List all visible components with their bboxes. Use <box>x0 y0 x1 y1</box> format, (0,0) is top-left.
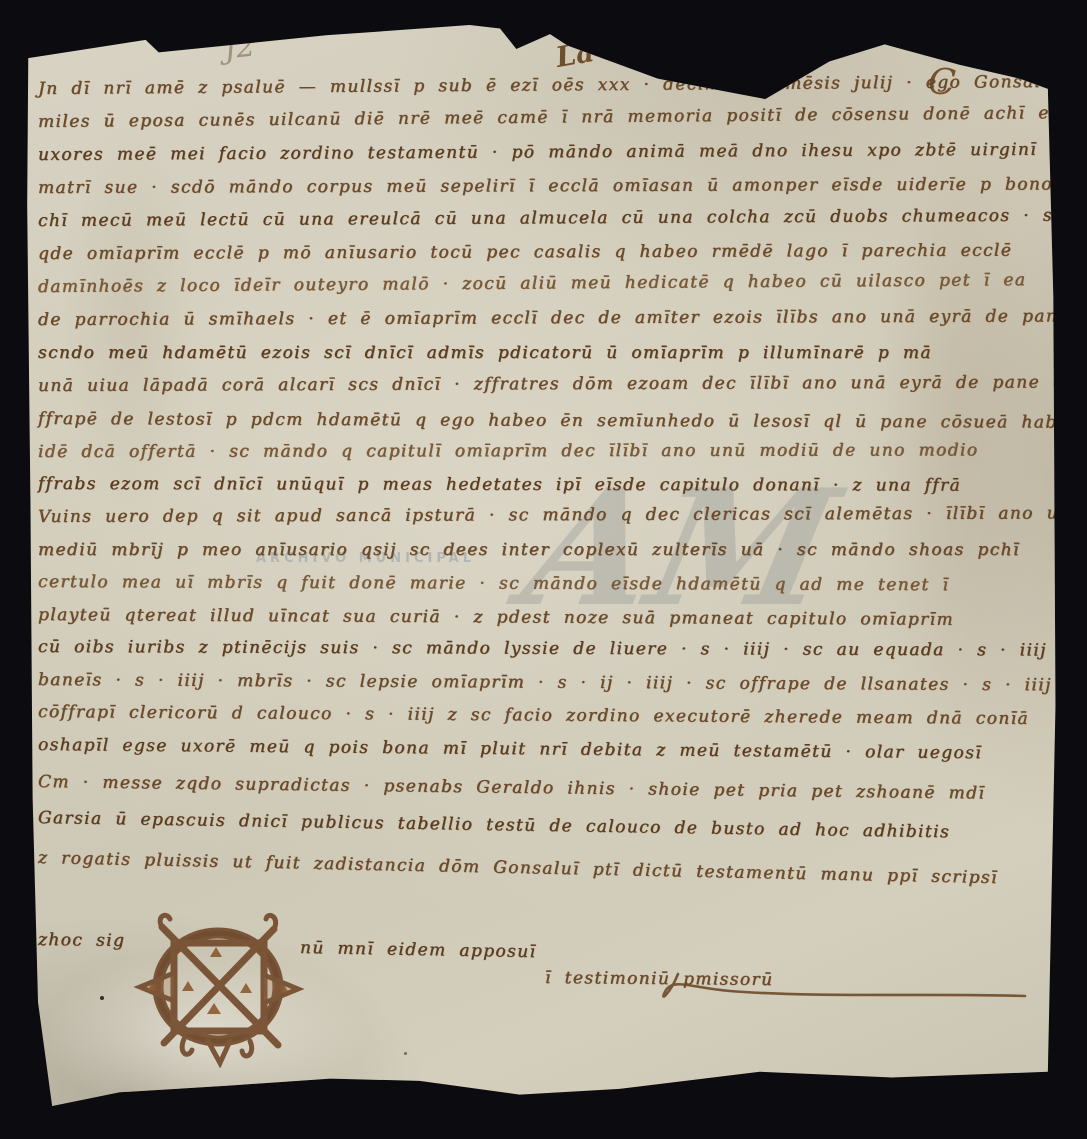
manuscript-line: certulo mea uī mbrīs q fuit donē marie ·… <box>38 572 1052 596</box>
manuscript-line: miles ū eposa cunēs uilcanū diē nrē meē … <box>38 103 1052 132</box>
notarial-sign <box>128 903 308 1068</box>
manuscript-line: scndo meū hdamētū ezois scī dnīcī admīs … <box>38 343 1052 363</box>
manuscript-line: unā uiua lāpadā corā alcarī scs dnīcī · … <box>38 372 1052 396</box>
manuscript-line: z rogatis pluissis ut fuit zadistancia d… <box>38 848 1052 889</box>
manuscript-line: qde omīaprīm ecclē p mō anīusario tocū p… <box>38 240 1052 264</box>
ink-speck <box>404 1052 407 1055</box>
manuscript-line: Cm · messe zqdo supradictas · psenabs Ge… <box>38 772 1052 804</box>
manuscript-line: playteū qtereat illud uīncat sua curiā ·… <box>38 605 1052 630</box>
closing-flourish-stroke <box>600 960 1040 1020</box>
shelfmark-top-left: J2 <box>222 28 257 66</box>
manuscript-line: Vuins uero dep q sit apud sancā ipsturā … <box>38 503 1052 527</box>
manuscript-line: damīnhoēs z loco īdeīr outeyro malō · zo… <box>38 270 1052 297</box>
manuscript-line: Jn dī nrī amē z psaluē — mullssī p sub ē… <box>38 72 1052 99</box>
manuscript-line: cōffrapī clericorū d calouco · s · iiij … <box>38 702 1052 729</box>
manuscript-line: cū oibs iuribs z ptinēcijs suis · sc mān… <box>38 637 1052 661</box>
parchment-sheet: J2 La C ARCHIVO MUNICIPAL AM Jn dī nrī a… <box>0 0 1087 1139</box>
manuscript-line: ffrabs ezom scī dnīcī unūquī p meas hede… <box>38 474 1052 496</box>
manuscript-line: ffrapē de lestosī p pdcm hdamētū q ego h… <box>38 409 1052 433</box>
manuscript-line: idē dcā offertā · sc māndo q capitulī om… <box>38 440 1052 462</box>
ink-speck <box>100 996 104 1000</box>
manuscript-line: uxores meē mei facio zordino testamentū … <box>38 140 1052 165</box>
manuscript-line: chī mecū meū lectū cū una ereulcā cū una… <box>38 206 1052 231</box>
manuscript-line: matrī sue · scdō māndo corpus meū sepeli… <box>38 174 1052 198</box>
manuscript-line: oshapīl egse uxorē meū q pois bona mī pl… <box>38 735 1052 764</box>
manuscript-line: mediū mbrīj p meo anīusario qsij sc dees… <box>38 540 1052 560</box>
manuscript-line: de parrochia ū smīhaels · et ē omīaprīm … <box>38 306 1052 330</box>
mark-top-center: La <box>553 35 596 74</box>
manuscript-line: baneīs · s · iiij · mbrīs · sc lepsie om… <box>38 670 1052 695</box>
manuscript-line: Garsia ū epascuis dnicī publicus tabelli… <box>38 808 1052 844</box>
photograph-background: J2 La C ARCHIVO MUNICIPAL AM Jn dī nrī a… <box>0 0 1087 1139</box>
